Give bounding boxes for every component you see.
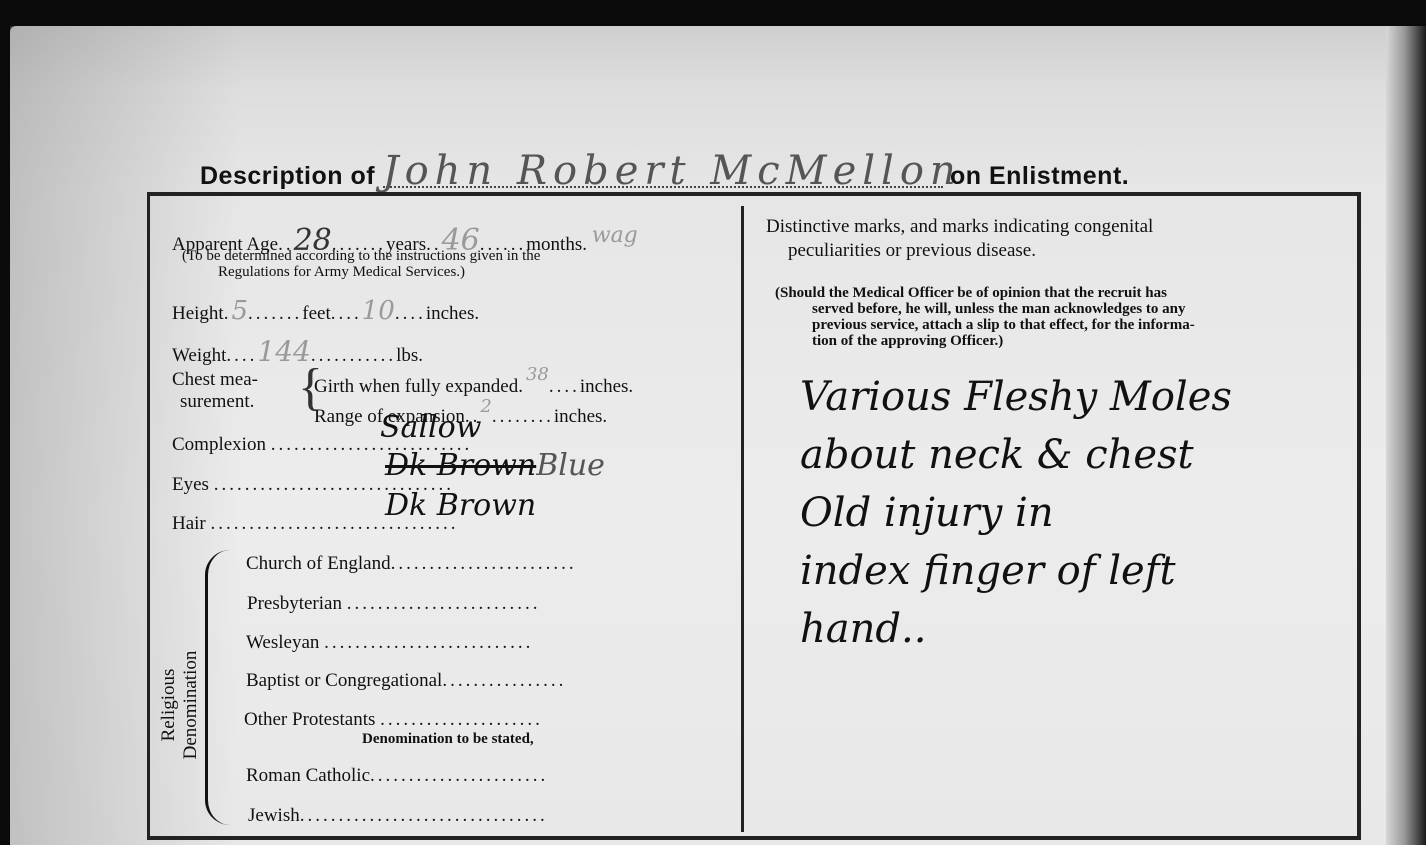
rel-label-line1: Religious	[158, 620, 180, 790]
range-value: 2	[480, 396, 491, 417]
medical-note-line3: previous service, attach a slip to that …	[812, 317, 1195, 334]
column-divider	[741, 206, 744, 832]
height-row: Height.5.......feet....10....inches.	[172, 296, 479, 326]
denomination-item: Other Protestants .....................	[244, 709, 543, 731]
chest-label-line1: Chest mea-	[172, 369, 258, 391]
eyes-value: Dk BrownBlue	[385, 448, 605, 483]
other-denomination-note: Denomination to be stated,	[362, 731, 534, 748]
chest-label-line2: surement.	[172, 391, 258, 413]
denomination-item: Church of England.......................…	[246, 553, 577, 575]
chest-label: Chest mea- surement.	[172, 369, 258, 413]
weight-label: Weight	[172, 345, 226, 366]
denomination-other-protestants: Other Protestants	[244, 709, 375, 730]
distinctive-marks-handwritten: Various Fleshy Moles about neck & chest …	[800, 368, 1232, 658]
hair-value: Dk Brown	[385, 488, 536, 523]
denomination-baptist: Baptist or Congregational	[246, 670, 442, 691]
height-inches-value: 10	[362, 296, 395, 326]
medical-note-line4: tion of the approving Officer.)	[812, 333, 1003, 350]
hair-label: Hair	[172, 513, 206, 534]
denomination-item: Roman Catholic.......................	[246, 765, 548, 787]
medical-note-line2: served before, he will, unless the man a…	[812, 301, 1185, 318]
inches-label: inches.	[426, 303, 479, 324]
complexion-label: Complexion	[172, 434, 266, 455]
denomination-item: Presbyterian .........................	[247, 593, 540, 615]
girth-row: Girth when fully expanded.38....inches.	[314, 364, 633, 398]
denomination-item: Wesleyan ...........................	[246, 632, 533, 654]
distinctive-marks-heading-line1: Distinctive marks, and marks indicating …	[766, 216, 1153, 238]
denomination-church-of-england: Church of England	[246, 553, 391, 574]
recruit-name: John Robert McMellon	[383, 156, 943, 188]
age-note-line1: (To be determined according to the instr…	[182, 248, 540, 265]
range-unit: inches.	[554, 406, 607, 427]
title-prefix: Description of	[200, 162, 375, 190]
denomination-jewish: Jewish	[248, 805, 300, 826]
margin-note: wag	[592, 223, 638, 248]
girth-value: 38	[526, 364, 549, 385]
page-edge-shadow	[1386, 26, 1426, 845]
document-title: Description of John Robert McMellon on E…	[200, 156, 1129, 191]
height-feet-value: 5	[231, 296, 248, 326]
eyes-label: Eyes	[172, 474, 209, 495]
denomination-roman-catholic: Roman Catholic	[246, 765, 370, 786]
eyes-current-value: Blue	[536, 448, 605, 483]
feet-label: feet	[302, 303, 330, 324]
religious-denomination-label: Religious Denomination	[158, 620, 202, 790]
denomination-item: Jewish................................	[248, 805, 548, 827]
distinctive-marks-heading-line2: peculiarities or previous disease.	[788, 240, 1036, 262]
denomination-brace-icon	[205, 550, 230, 825]
denomination-item: Baptist or Congregational...............…	[246, 670, 566, 692]
denomination-presbyterian: Presbyterian	[247, 593, 342, 614]
rel-label-line2: Denomination	[180, 620, 202, 790]
age-note-line2: Regulations for Army Medical Services.)	[218, 264, 465, 281]
height-label: Height	[172, 303, 224, 324]
medical-note-line1: (Should the Medical Officer be of opinio…	[775, 285, 1167, 302]
weight-unit: lbs.	[396, 345, 423, 366]
girth-unit: inches.	[580, 376, 633, 397]
title-suffix: on Enlistment.	[950, 162, 1129, 190]
complexion-value: Sallow	[380, 410, 481, 445]
denomination-wesleyan: Wesleyan	[246, 632, 319, 653]
girth-label: Girth when fully expanded	[314, 376, 518, 397]
eyes-struck-value: Dk Brown	[385, 448, 536, 483]
